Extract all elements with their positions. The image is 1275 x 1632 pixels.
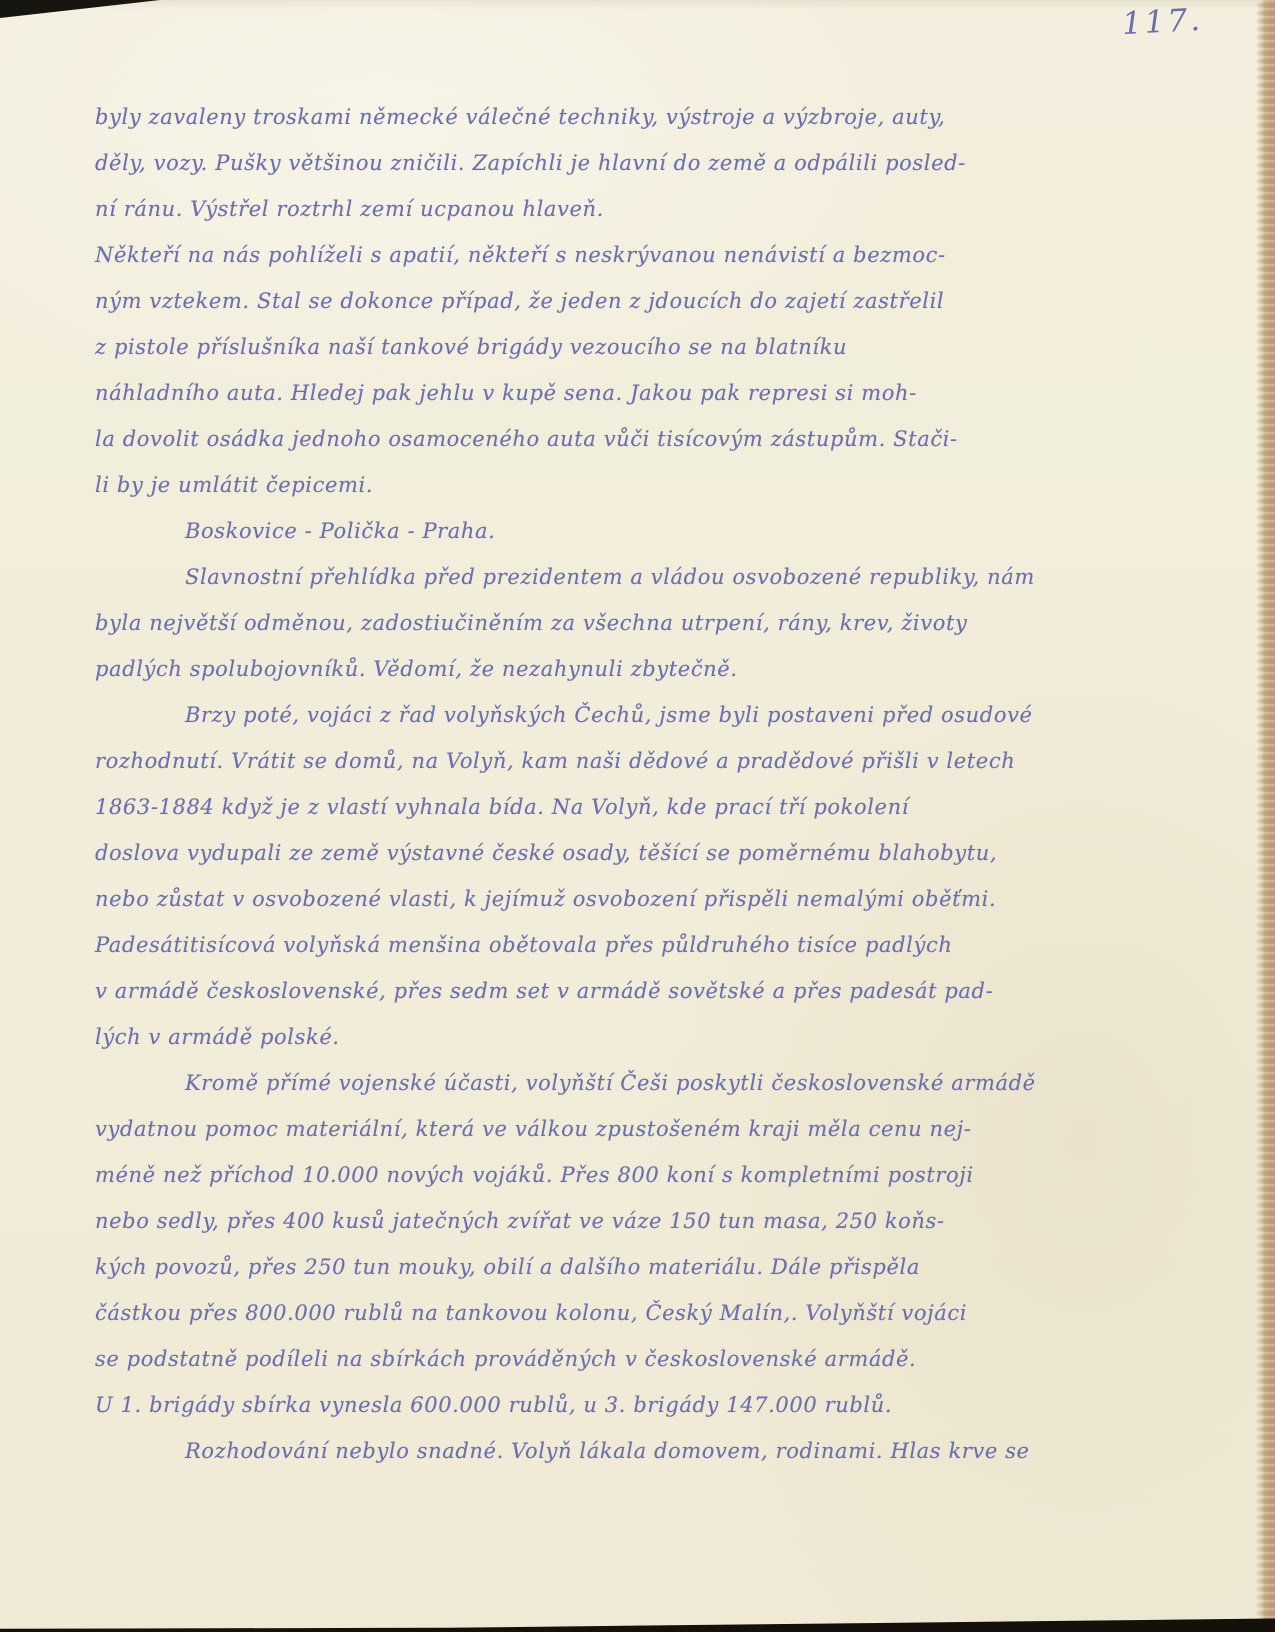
manuscript-line: la dovolit osádka jednoho osamoceného au… (95, 416, 1180, 462)
manuscript-line: méně než příchod 10.000 nových vojáků. P… (95, 1152, 1180, 1198)
manuscript-line: se podstatně podíleli na sbírkách provád… (95, 1336, 1180, 1382)
manuscript-line: ným vztekem. Stal se dokonce případ, že … (95, 278, 1180, 324)
manuscript-line: rozhodnutí. Vrátit se domů, na Volyň, ka… (95, 738, 1180, 784)
manuscript-line: z pistole příslušníka naší tankové brigá… (95, 324, 1180, 370)
manuscript-line: lých v armádě polské. (95, 1014, 1180, 1060)
manuscript-line: kých povozů, přes 250 tun mouky, obilí a… (95, 1244, 1180, 1290)
book-page-edges (1257, 0, 1275, 1632)
manuscript-line: Slavnostní přehlídka před prezidentem a … (95, 554, 1180, 600)
manuscript-line: U 1. brigády sbírka vynesla 600.000 rubl… (95, 1382, 1180, 1428)
manuscript-line: doslova vydupali ze země výstavné české … (95, 830, 1180, 876)
manuscript-line: nebo zůstat v osvobozené vlasti, k jejím… (95, 876, 1180, 922)
manuscript-line: nebo sedly, přes 400 kusů jatečných zvíř… (95, 1198, 1180, 1244)
scanned-manuscript-page: 117. byly zavaleny troskami německé vále… (0, 0, 1275, 1632)
manuscript-text: byly zavaleny troskami německé válečné t… (95, 94, 1180, 1474)
manuscript-line: Boskovice - Polička - Praha. (95, 508, 1180, 554)
manuscript-line: Kromě přímé vojenské účasti, volyňští Če… (95, 1060, 1180, 1106)
manuscript-line: byly zavaleny troskami německé válečné t… (95, 94, 1180, 140)
manuscript-line: li by je umlátit čepicemi. (95, 462, 1180, 508)
manuscript-line: náhladního auta. Hledej pak jehlu v kupě… (95, 370, 1180, 416)
manuscript-line: padlých spolubojovníků. Vědomí, že nezah… (95, 646, 1180, 692)
manuscript-line: v armádě československé, přes sedm set v… (95, 968, 1180, 1014)
manuscript-line: ní ránu. Výstřel roztrhl zemí ucpanou hl… (95, 186, 1180, 232)
page-number: 117. (1121, 2, 1204, 42)
manuscript-line: Někteří na nás pohlíželi s apatií, někte… (95, 232, 1180, 278)
manuscript-line: Brzy poté, vojáci z řad volyňských Čechů… (95, 692, 1180, 738)
scan-top-shading (0, 0, 1275, 10)
scan-bottom-shadow (0, 1617, 1275, 1632)
manuscript-line: byla největší odměnou, zadostiučiněním z… (95, 600, 1180, 646)
manuscript-line: Rozhodování nebylo snadné. Volyň lákala … (95, 1428, 1180, 1474)
manuscript-line: vydatnou pomoc materiální, která ve válk… (95, 1106, 1180, 1152)
manuscript-line: částkou přes 800.000 rublů na tankovou k… (95, 1290, 1180, 1336)
manuscript-line: Padesátitisícová volyňská menšina obětov… (95, 922, 1180, 968)
manuscript-line: 1863-1884 když je z vlastí vyhnala bída.… (95, 784, 1180, 830)
manuscript-line: děly, vozy. Pušky většinou zničili. Zapí… (95, 140, 1180, 186)
